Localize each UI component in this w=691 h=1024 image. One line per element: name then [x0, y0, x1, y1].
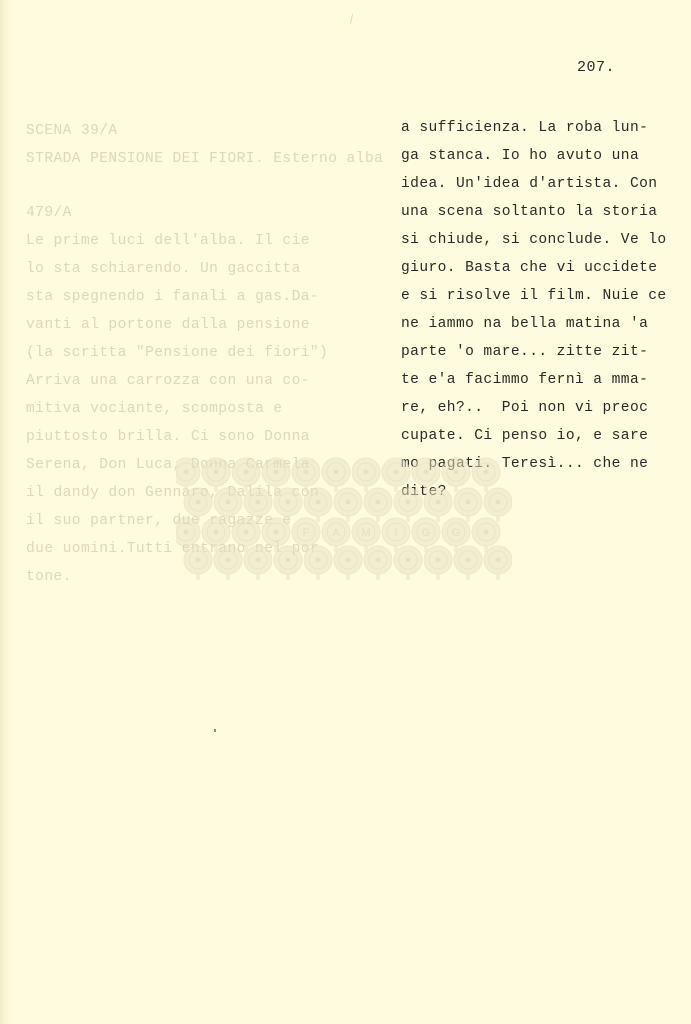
shot-number: 479/A: [26, 199, 386, 227]
faded-text-line: sta spegnendo i fanali a gas.Da-: [26, 283, 386, 311]
faded-text-line: piuttosto brilla. Ci sono Donna: [26, 423, 386, 451]
page-number: 207.: [577, 59, 615, 76]
faded-text-line: lo sta schiarendo. Un gaccitta: [26, 255, 386, 283]
typed-text-line: a sufficienza. La roba lun-: [401, 114, 691, 142]
typed-text-line: si chiude, si conclude. Ve lo: [401, 226, 691, 254]
paper-mark: [350, 14, 353, 24]
scene-heading: SCENA 39/A: [26, 117, 386, 145]
typewriter-keys-watermark-icon: FAMIGG: [176, 452, 512, 580]
typed-text-line: giuro. Basta che vi uccidete: [401, 254, 691, 282]
faded-text-line: (la scritta "Pensione dei fiori"): [26, 339, 386, 367]
typed-text-line: cupate. Ci penso io, e sare: [401, 422, 691, 450]
typed-text-line: ne iammo na bella matina 'a: [401, 310, 691, 338]
typed-text-line: re, eh?.. Poi non vi preoc: [401, 394, 691, 422]
dialogue-column: a sufficienza. La roba lun-ga stanca. Io…: [401, 114, 691, 506]
scene-location: STRADA PENSIONE DEI FIORI. Esterno alba: [26, 145, 386, 173]
typed-text-line: parte 'o mare... zitte zit-: [401, 338, 691, 366]
svg-text:A: A: [332, 527, 340, 539]
typed-text-line: ga stanca. Io ho avuto una: [401, 142, 691, 170]
typed-text-line: e si risolve il film. Nuie ce: [401, 282, 691, 310]
faded-text-line: Arriva una carrozza con una co-: [26, 367, 386, 395]
typescript-page: 207. SCENA 39/A STRADA PENSIONE DEI FIOR…: [0, 0, 691, 1024]
faded-text-line: vanti al portone dalla pensione: [26, 311, 386, 339]
faded-text-line: Le prime luci dell'alba. Il cie: [26, 227, 386, 255]
svg-text:G: G: [422, 527, 431, 539]
svg-text:M: M: [361, 527, 370, 539]
typed-text-line: te e'a facimmo fernì a mma-: [401, 366, 691, 394]
svg-text:I: I: [394, 527, 397, 539]
svg-text:G: G: [452, 527, 461, 539]
typed-text-line: idea. Un'idea d'artista. Con: [401, 170, 691, 198]
typed-text-line: una scena soltanto la storia: [401, 198, 691, 226]
svg-text:F: F: [303, 527, 310, 539]
ink-speck: [214, 729, 216, 732]
faded-text-line: mitiva vociante, scomposta e: [26, 395, 386, 423]
